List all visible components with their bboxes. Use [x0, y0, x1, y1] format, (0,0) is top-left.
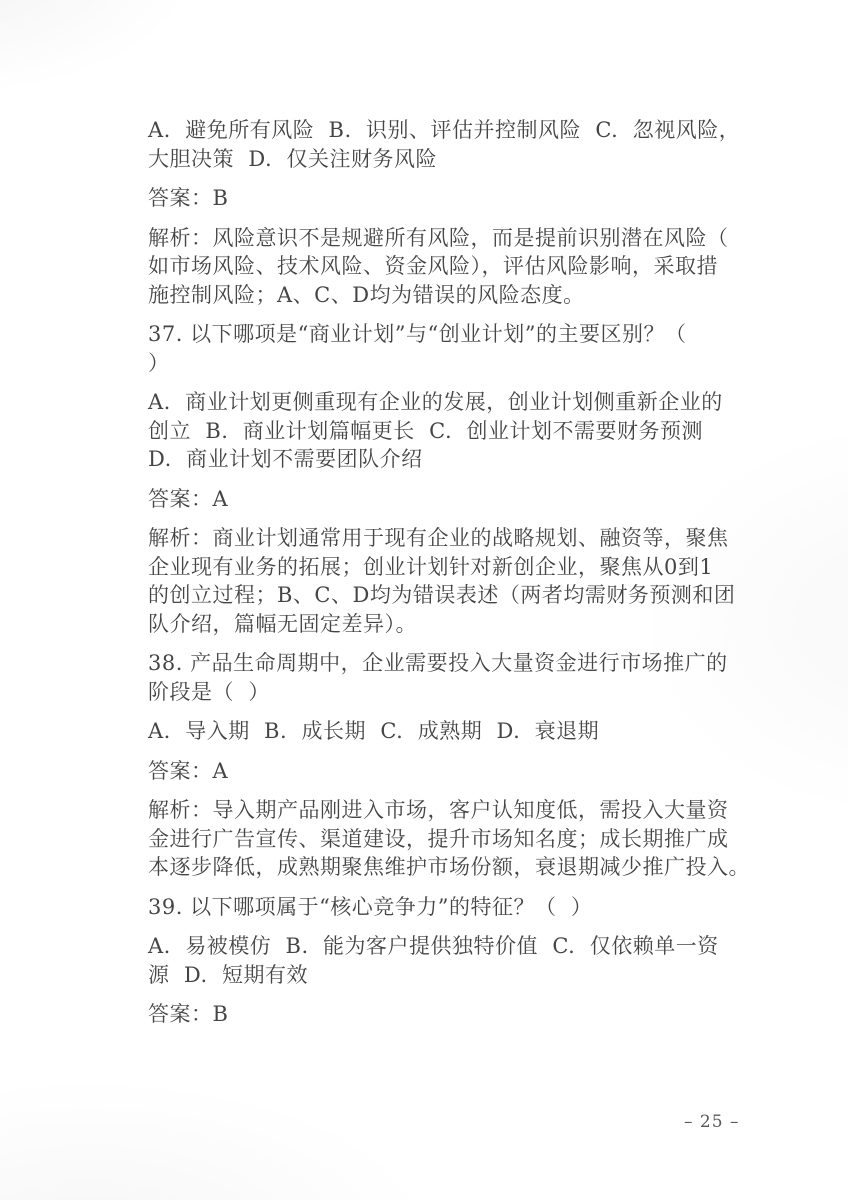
- q39-question: 39. 以下哪项属于“核心竞争力”的特征？（ ）: [148, 893, 752, 922]
- q38-answer: 答案：A: [148, 757, 752, 786]
- q39-options: A. 易被模仿 B. 能为客户提供独特价值 C. 仅依赖单一资 源 D. 短期有…: [148, 932, 752, 989]
- page-number: – 25 –: [684, 1112, 754, 1132]
- q37-answer: 答案：A: [148, 485, 752, 514]
- q38-options: A. 导入期 B. 成长期 C. 成熟期 D. 衰退期: [148, 717, 752, 746]
- q36-options: A. 避免所有风险 B. 识别、评估并控制风险 C. 忽视风险， 大胆决策 D.…: [148, 116, 752, 173]
- document-page: A. 避免所有风险 B. 识别、评估并控制风险 C. 忽视风险， 大胆决策 D.…: [0, 0, 848, 1200]
- q39-answer: 答案：B: [148, 1000, 752, 1029]
- q37-question: 37. 以下哪项是“商业计划”与“创业计划”的主要区别？（ ）: [148, 320, 752, 377]
- q37-options: A. 商业计划更侧重现有企业的发展，创业计划侧重新企业的 创立 B. 商业计划篇…: [148, 388, 752, 474]
- q36-answer: 答案：B: [148, 184, 752, 213]
- q37-analysis: 解析：商业计划通常用于现有企业的战略规划、融资等，聚焦 企业现有业务的拓展；创业…: [148, 524, 752, 638]
- q38-question: 38. 产品生命周期中，企业需要投入大量资金进行市场推广的 阶段是（ ）: [148, 649, 752, 706]
- q38-analysis: 解析：导入期产品刚进入市场，客户认知度低，需投入大量资 金进行广告宣传、渠道建设…: [148, 796, 752, 882]
- page-content: A. 避免所有风险 B. 识别、评估并控制风险 C. 忽视风险， 大胆决策 D.…: [148, 116, 752, 1040]
- q36-analysis: 解析：风险意识不是规避所有风险，而是提前识别潜在风险（ 如市场风险、技术风险、资…: [148, 224, 752, 310]
